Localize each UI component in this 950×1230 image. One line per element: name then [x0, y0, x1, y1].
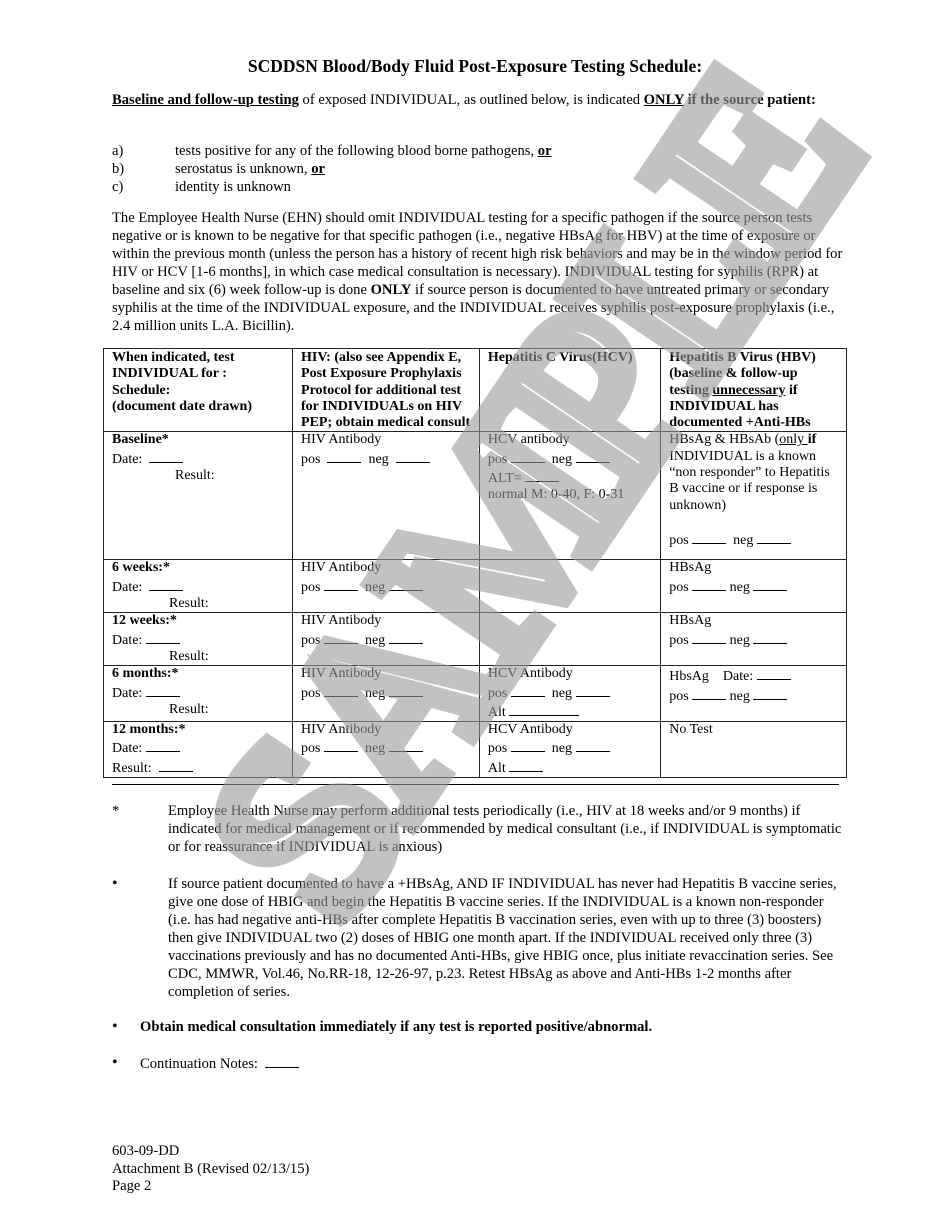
date-field[interactable]	[757, 666, 791, 680]
neg-field[interactable]	[576, 738, 610, 752]
neg-field[interactable]	[576, 449, 610, 463]
neg-field[interactable]	[753, 630, 787, 644]
continuation-note: • Continuation Notes:	[112, 1054, 842, 1073]
table-row: 12 weeks:* Date: Result: HIV Antibody po…	[104, 613, 847, 666]
hcv-cell-baseline: HCV antibody pos neg ALT= normal M: 0-40…	[479, 432, 660, 560]
hiv-cell-baseline: HIV Antibody pos neg	[293, 432, 480, 560]
asterisk-note-text: Employee Health Nurse may perform additi…	[168, 802, 842, 856]
consult-note-text: Obtain medical consultation immediately …	[140, 1018, 842, 1036]
pos-field[interactable]	[692, 530, 726, 544]
hbv-cell-12-weeks: HBsAg pos neg	[661, 613, 847, 666]
neg-field[interactable]	[389, 577, 423, 591]
neg-field[interactable]	[757, 530, 791, 544]
alt-field[interactable]	[525, 468, 559, 482]
hbv-note-text: If source patient documented to have a +…	[168, 875, 842, 1001]
bullet-icon: •	[112, 1018, 140, 1036]
page-number: Page 2	[112, 1178, 309, 1196]
hbv-note: • If source patient documented to have a…	[112, 875, 842, 1001]
attachment-label: Attachment B (Revised 02/13/15)	[112, 1161, 309, 1179]
table-row: Baseline* Date: Result: HIV Antibody pos…	[104, 432, 847, 560]
result-field[interactable]	[159, 758, 193, 772]
alt-field[interactable]	[509, 702, 579, 716]
divider	[112, 784, 839, 785]
condition-label: b)	[112, 160, 175, 178]
neg-field[interactable]	[389, 738, 423, 752]
hbv-cell-baseline: HBsAg & HBsAb (only if INDIVIDUAL is a k…	[661, 432, 847, 560]
consult-note: • Obtain medical consultation immediatel…	[112, 1018, 842, 1036]
page-footer: 603-09-DD Attachment B (Revised 02/13/15…	[112, 1143, 309, 1196]
pos-field[interactable]	[327, 449, 361, 463]
pos-field[interactable]	[324, 683, 358, 697]
intro-lead: Baseline and follow-up testing	[112, 92, 299, 108]
intro-tail: if the source patient:	[684, 92, 816, 108]
asterisk-mark: *	[112, 802, 168, 856]
bullet-icon: •	[112, 875, 168, 1001]
schedule-cell-6-months: 6 months:* Date: Result:	[104, 666, 293, 722]
intro-only: ONLY	[644, 92, 684, 108]
neg-field[interactable]	[389, 630, 423, 644]
header-schedule: When indicated, test INDIVIDUAL for : Sc…	[104, 349, 293, 432]
bullet-icon: •	[112, 1054, 140, 1073]
neg-field[interactable]	[396, 449, 430, 463]
asterisk-note: * Employee Health Nurse may perform addi…	[112, 802, 842, 856]
hbv-cell-6-months: HbsAg Date: pos neg	[661, 666, 847, 722]
schedule-cell-12-weeks: 12 weeks:* Date: Result:	[104, 613, 293, 666]
condition-label: a)	[112, 142, 175, 160]
hbv-cell-6-weeks: HBsAg pos neg	[661, 560, 847, 613]
date-field[interactable]	[146, 630, 180, 644]
date-field[interactable]	[149, 449, 183, 463]
pos-field[interactable]	[324, 738, 358, 752]
pos-field[interactable]	[692, 686, 726, 700]
hcv-cell-6-weeks	[479, 560, 660, 613]
condition-text: identity is unknown	[175, 178, 291, 196]
schedule-cell-12-months: 12 months:* Date: Result:	[104, 722, 293, 778]
continuation-label: Continuation Notes:	[140, 1056, 258, 1072]
document-page: SCDDSN Blood/Body Fluid Post-Exposure Te…	[0, 0, 950, 1230]
hiv-cell-12-weeks: HIV Antibody pos neg	[293, 613, 480, 666]
header-hiv: HIV: (also see Appendix E, Post Exposure…	[293, 349, 480, 432]
intro-statement: Baseline and follow-up testing of expose…	[112, 91, 842, 109]
table-row: 6 weeks:* Date: Result: HIV Antibody pos…	[104, 560, 847, 613]
date-field[interactable]	[146, 738, 180, 752]
pos-field[interactable]	[511, 683, 545, 697]
pos-field[interactable]	[511, 449, 545, 463]
intro-middle: of exposed INDIVIDUAL, as outlined below…	[299, 92, 644, 108]
pos-field[interactable]	[324, 577, 358, 591]
hcv-cell-6-months: HCV Antibody pos neg Alt	[479, 666, 660, 722]
pos-field[interactable]	[692, 577, 726, 591]
document-code: 603-09-DD	[112, 1143, 309, 1161]
schedule-cell-baseline: Baseline* Date: Result:	[104, 432, 293, 560]
neg-field[interactable]	[753, 686, 787, 700]
schedule-cell-6-weeks: 6 weeks:* Date: Result:	[104, 560, 293, 613]
condition-item: a) tests positive for any of the followi…	[112, 142, 812, 160]
hiv-cell-6-months: HIV Antibody pos neg	[293, 666, 480, 722]
hbv-cell-12-months: No Test	[661, 722, 847, 778]
hiv-cell-6-weeks: HIV Antibody pos neg	[293, 560, 480, 613]
condition-text: tests positive for any of the following …	[175, 142, 552, 160]
table-header-row: When indicated, test INDIVIDUAL for : Sc…	[104, 349, 847, 432]
neg-field[interactable]	[753, 577, 787, 591]
conditions-list: a) tests positive for any of the followi…	[112, 142, 812, 196]
ehn-paragraph: The Employee Health Nurse (EHN) should o…	[112, 209, 847, 335]
testing-schedule-table: When indicated, test INDIVIDUAL for : Sc…	[103, 348, 847, 778]
hcv-cell-12-weeks	[479, 613, 660, 666]
date-field[interactable]	[146, 683, 180, 697]
condition-item: c) identity is unknown	[112, 178, 812, 196]
condition-item: b) serostatus is unknown, or	[112, 160, 812, 178]
hiv-cell-12-months: HIV Antibody pos neg	[293, 722, 480, 778]
table-row: 6 months:* Date: Result: HIV Antibody po…	[104, 666, 847, 722]
alt-field[interactable]	[509, 758, 543, 772]
header-hbv: Hepatitis B Virus (HBV) (baseline & foll…	[661, 349, 847, 432]
page-title: SCDDSN Blood/Body Fluid Post-Exposure Te…	[0, 57, 950, 75]
continuation-field[interactable]	[265, 1054, 299, 1068]
table-row: 12 months:* Date: Result: HIV Antibody p…	[104, 722, 847, 778]
date-field[interactable]	[149, 577, 183, 591]
condition-label: c)	[112, 178, 175, 196]
hcv-cell-12-months: HCV Antibody pos neg Alt	[479, 722, 660, 778]
neg-field[interactable]	[576, 683, 610, 697]
header-hcv: Hepatitis C Virus(HCV)	[479, 349, 660, 432]
condition-text: serostatus is unknown, or	[175, 160, 325, 178]
pos-field[interactable]	[324, 630, 358, 644]
pos-field[interactable]	[511, 738, 545, 752]
pos-field[interactable]	[692, 630, 726, 644]
neg-field[interactable]	[389, 683, 423, 697]
